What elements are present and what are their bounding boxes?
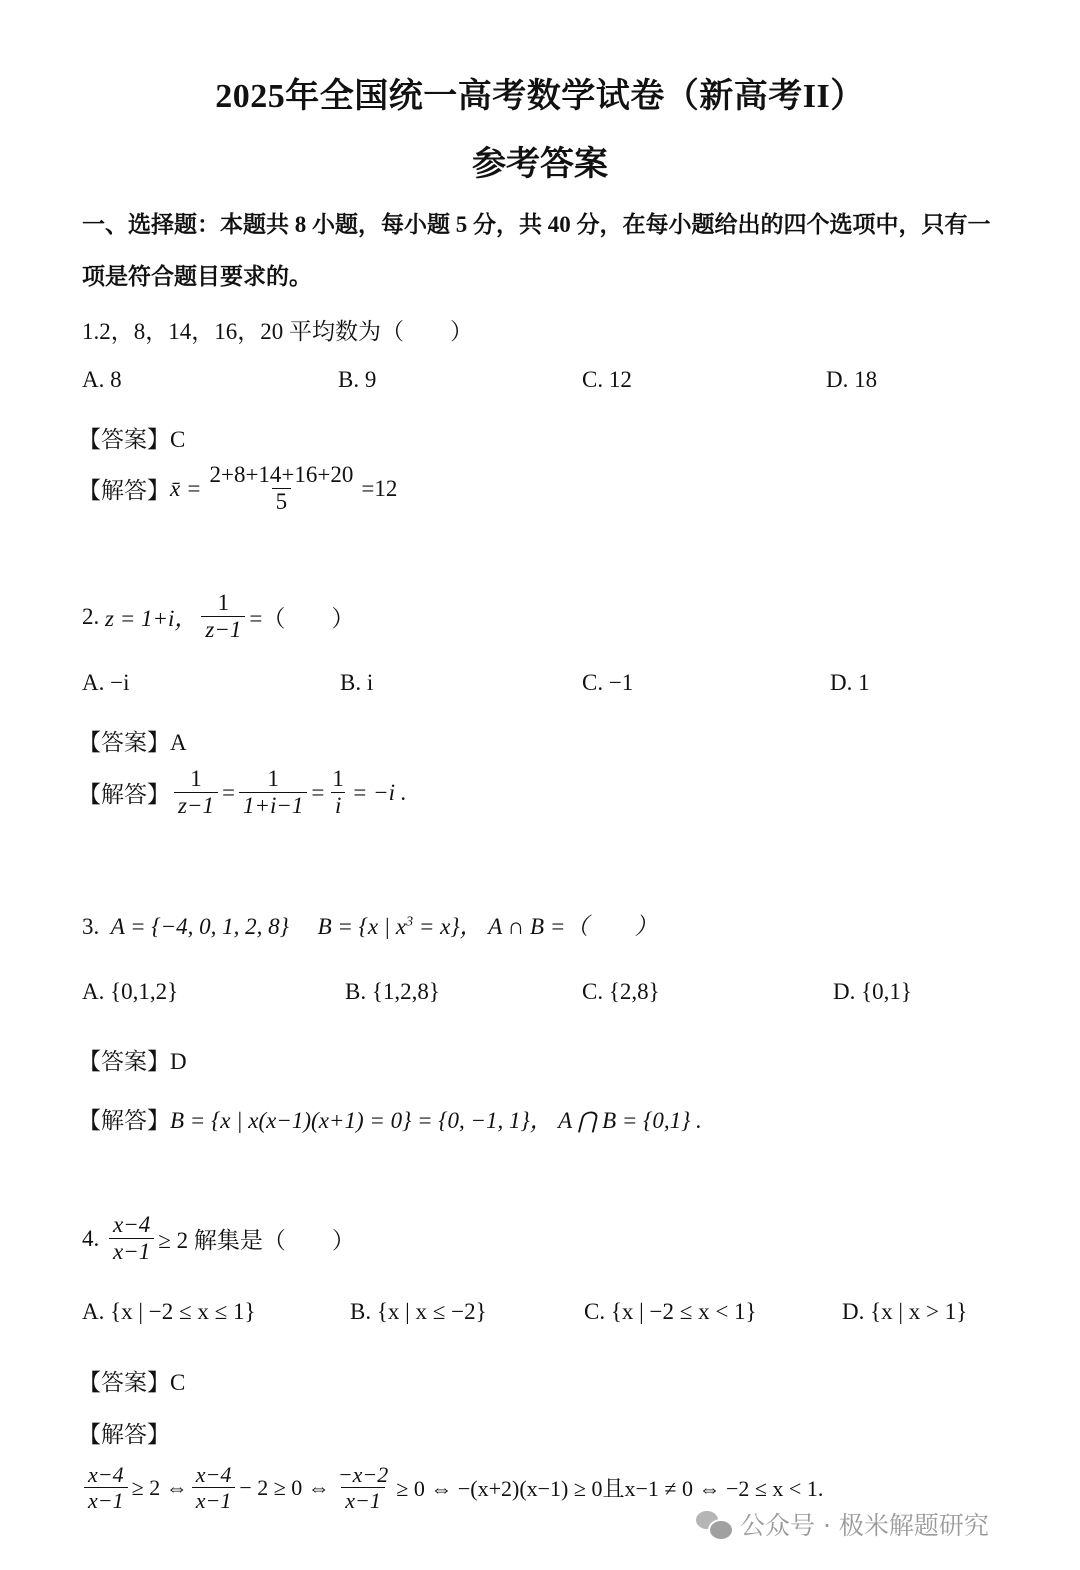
option-d: D. 1 — [830, 670, 870, 696]
option-c: C. 12 — [582, 367, 632, 393]
option-d: D. {0,1} — [833, 979, 912, 1005]
option-a: A. {0,1,2} — [82, 979, 178, 1005]
question-number: 4. — [82, 1226, 99, 1252]
answer-label: 【答案】 — [78, 427, 170, 452]
fraction: 1 1+i−1 — [239, 766, 307, 820]
question-3: 3. A = {−4, 0, 1, 2, 8} B = {x | x3 = x}… — [82, 908, 657, 941]
answer-value: C — [170, 427, 185, 452]
solution-label: 【解答】 — [78, 472, 170, 505]
solution-2: 【解答】 1 z−1 = 1 1+i−1 = 1 i = −i . — [78, 766, 407, 820]
solution-rhs: =12 — [361, 476, 397, 502]
answer-value: A — [170, 730, 187, 755]
solution-4-label: 【解答】 — [78, 1416, 170, 1449]
solution-label: 【解答】 — [78, 1108, 170, 1133]
answer-value: C — [170, 1370, 185, 1395]
option-c: C. {x | −2 ≤ x < 1} — [584, 1299, 757, 1325]
option-b: B. 9 — [338, 367, 376, 393]
question-stem: 2，8，14，16，20 平均数为（ ） — [99, 319, 473, 344]
section-heading: 一、选择题：本题共 8 小题，每小题 5 分，共 40 分，在每小题给出的四个选… — [82, 206, 991, 239]
document-subtitle: 参考答案 — [0, 136, 1080, 185]
option-a: A. 8 — [82, 367, 122, 393]
question-number: 1. — [82, 319, 99, 344]
answer-2: 【答案】A — [78, 724, 187, 757]
wechat-icon — [696, 1509, 732, 1539]
question-2: 2. z = 1+i， 1 z−1 =（ ） — [82, 590, 354, 644]
answer-label: 【答案】 — [78, 1370, 170, 1395]
solution-3: 【解答】B = {x | x(x−1)(x+1) = 0} = {0, −1, … — [78, 1102, 702, 1135]
option-b: B. i — [340, 670, 373, 696]
fraction: x−4 x−1 — [192, 1462, 236, 1514]
fraction: 1 i — [328, 766, 348, 820]
watermark-text: 公众号 · 极米解题研究 — [740, 1506, 989, 1542]
question-number: 2. — [82, 604, 99, 630]
set-a: A = {−4, 0, 1, 2, 8} — [111, 914, 289, 939]
solution-1: 【解答】 x̄ = 2+8+14+16+20 5 =12 — [78, 462, 397, 516]
option-a: A. {x | −2 ≤ x ≤ 1} — [82, 1299, 256, 1325]
fraction: −x−2 x−1 — [334, 1462, 392, 1514]
option-b: B. {x | x ≤ −2} — [350, 1299, 487, 1325]
question-number: 3. — [82, 914, 99, 939]
watermark: 公众号 · 极米解题研究 — [696, 1506, 989, 1542]
option-b: B. {1,2,8} — [345, 979, 440, 1005]
option-c: C. {2,8} — [582, 979, 660, 1005]
question-4: 4. x−4 x−1 ≥ 2 解集是（ ） — [82, 1212, 355, 1266]
document-title: 2025年全国统一高考数学试卷（新高考II） — [0, 68, 1080, 117]
question-stem: ≥ 2 解集是（ ） — [158, 1222, 355, 1255]
fraction: 1 z−1 — [174, 766, 218, 820]
answer-4: 【答案】C — [78, 1364, 185, 1397]
answer-3: 【答案】D — [78, 1043, 187, 1076]
answer-1: 【答案】C — [78, 421, 185, 454]
fraction: x−4 x−1 — [109, 1212, 154, 1266]
section-heading-cont: 项是符合题目要求的。 — [82, 258, 312, 291]
answer-label: 【答案】 — [78, 1049, 170, 1074]
option-d: D. 18 — [826, 367, 877, 393]
solution-label: 【解答】 — [78, 776, 170, 809]
answer-value: D — [170, 1049, 187, 1074]
option-a: A. −i — [82, 670, 129, 696]
answer-label: 【答案】 — [78, 730, 170, 755]
question-stem: A ∩ B =（ ） — [488, 914, 657, 939]
question-1: 1.2，8，14，16，20 平均数为（ ） — [82, 313, 473, 346]
fraction: 2+8+14+16+20 5 — [205, 462, 357, 516]
solution-text: B = {x | x(x−1)(x+1) = 0} = {0, −1, 1}， … — [170, 1108, 702, 1133]
solution-lhs: x̄ = — [170, 476, 201, 502]
fraction: x−4 x−1 — [84, 1462, 128, 1514]
fraction: 1 z−1 — [201, 590, 245, 644]
question-stem: z = 1+i， — [105, 600, 197, 633]
set-b: B = {x | x3 = x}， — [318, 914, 483, 939]
option-c: C. −1 — [582, 670, 633, 696]
option-d: D. {x | x > 1} — [842, 1299, 967, 1325]
